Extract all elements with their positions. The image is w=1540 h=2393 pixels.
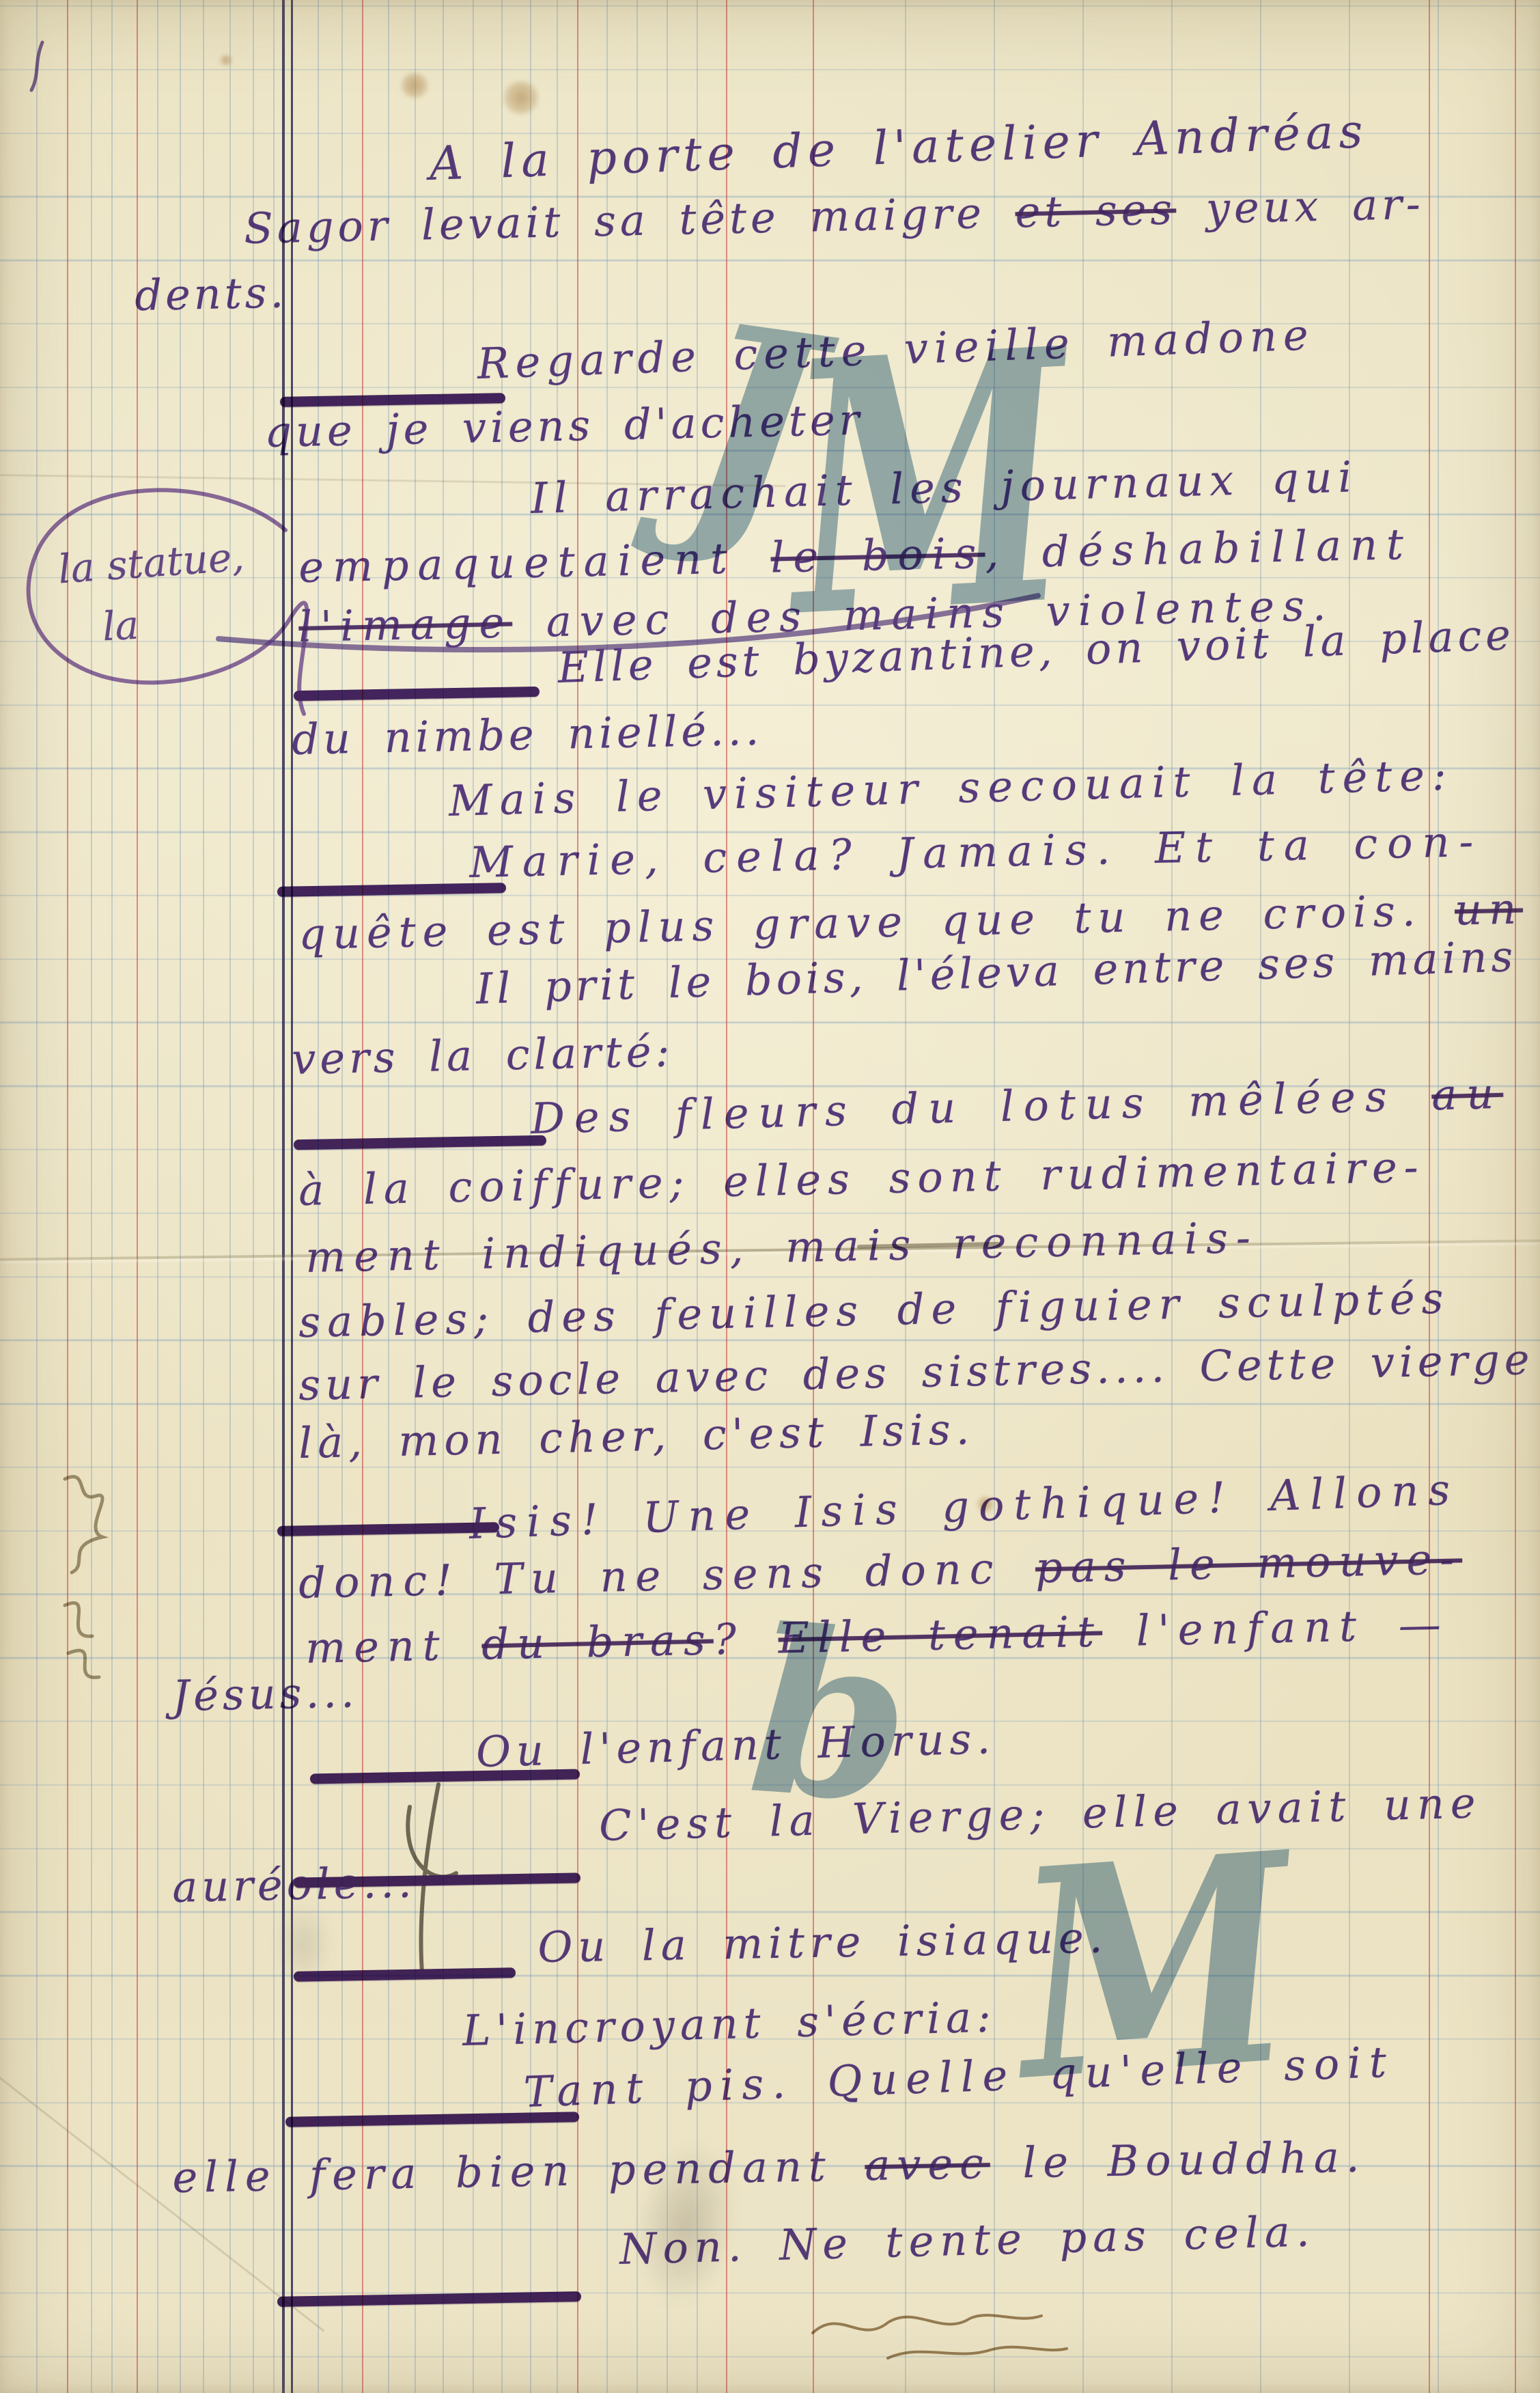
blue-crayon-mark: M: [1011, 1844, 1299, 2092]
handwritten-text: yeux ar-: [1175, 179, 1425, 234]
manuscript-line: du nimbe niellé...: [292, 709, 764, 761]
handwritten-text: du nimbe niellé...: [292, 705, 764, 764]
struck-text: l'image: [298, 597, 513, 652]
struck-text: du bras: [481, 1615, 714, 1670]
handwritten-text: dents.: [135, 267, 288, 320]
pencil-scribble: [65, 1603, 99, 1677]
manuscript-page: la statue, la A la porte de l'atelier An…: [0, 0, 1540, 2393]
struck-text: au: [1431, 1068, 1504, 1120]
manuscript-line: dents.: [135, 271, 288, 317]
margin-note-circle: [29, 490, 307, 714]
handwritten-text: ment: [305, 1620, 483, 1673]
handwritten-text: l'enfant —: [1102, 1599, 1449, 1657]
blue-crayon-mark: M: [783, 338, 1075, 630]
handwritten-text: Jésus...: [172, 1667, 359, 1721]
struck-text: pas le mouve-: [1035, 1534, 1463, 1592]
manuscript-line: Jésus...: [172, 1671, 359, 1717]
manuscript-line: vers la clarté:: [292, 1030, 674, 1081]
pen-mark: [31, 42, 42, 90]
struck-text: avec: [865, 2138, 991, 2190]
pencil-scribble: [65, 1477, 102, 1573]
struck-text: et ses: [1015, 184, 1177, 237]
handwritten-text: vers la clarté:: [292, 1026, 674, 1084]
faint-brown-inscription: [813, 2315, 1067, 2358]
struck-text: un: [1454, 883, 1523, 935]
ink-layer: la statue, la A la porte de l'atelier An…: [0, 0, 1540, 2393]
manuscript-line: Ou l'enfant Horus.: [475, 1717, 996, 1773]
blue-crayon-mark: b: [745, 1620, 915, 1811]
